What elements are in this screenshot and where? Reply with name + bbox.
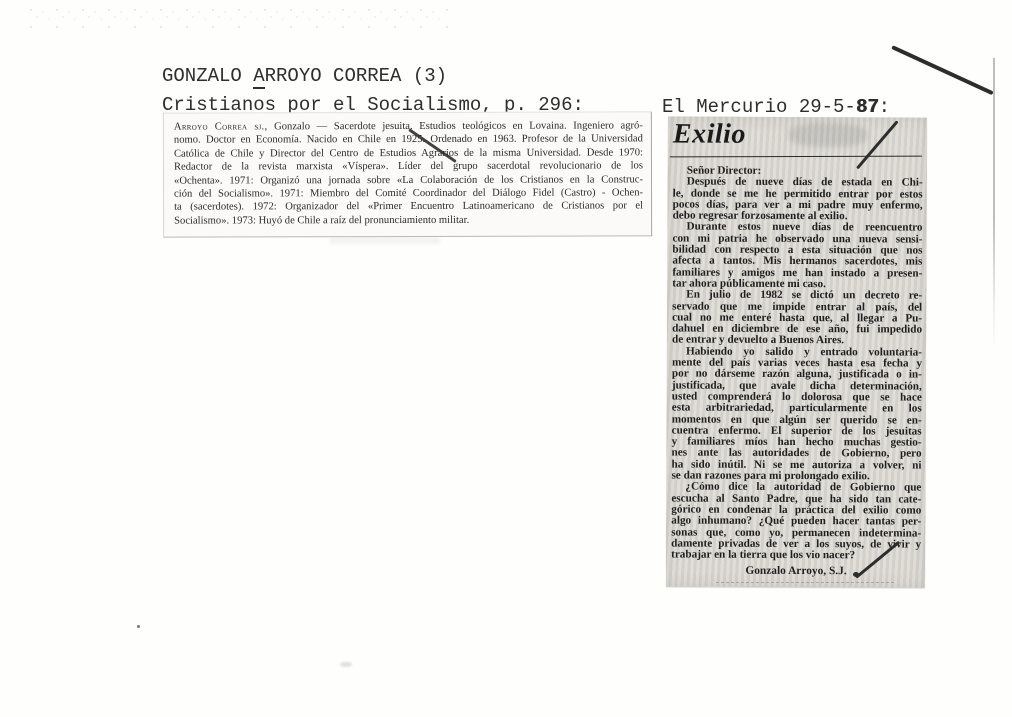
photocopy-speckle-strip bbox=[28, 6, 448, 28]
page-title: GONZALO ARROYO CORREA (3) bbox=[162, 62, 584, 91]
letter-headline: Exilio bbox=[673, 118, 746, 150]
letter-signature: Gonzalo Arroyo, S.J. bbox=[671, 566, 921, 578]
bio-line: nomo. Doctor en Economía. Nacido en Chil… bbox=[174, 133, 643, 148]
letter-paragraph: Habiendo yo salido y entrado voluntaria-… bbox=[671, 346, 922, 483]
headline-rule bbox=[670, 156, 922, 158]
speck-smudge bbox=[340, 662, 352, 667]
bio-line: Socialismo». 1973: Huyó de Chile a raíz … bbox=[174, 213, 643, 228]
page-fold-line bbox=[993, 58, 995, 350]
bio-line: Católica de Chile y Director del Centro … bbox=[174, 146, 643, 161]
smudge-under-bio-clipping bbox=[330, 237, 440, 244]
overstruck-digits: 87 bbox=[856, 96, 879, 118]
bio-line: Arroyo Correa sj., Gonzalo — Sacerdote j… bbox=[174, 119, 643, 134]
faint-dashed-line bbox=[716, 582, 894, 583]
bio-line: Redactor de la revista marxista «Víspera… bbox=[174, 160, 643, 175]
mercurio-source-line: El Mercurio 29-5-87: bbox=[662, 96, 890, 118]
letter-paragraph: En julio de 1982 se dictó un decreto re-… bbox=[672, 290, 922, 348]
bio-line: «Ochenta». 1971: Organizó una jornada so… bbox=[174, 173, 643, 188]
speck-dot bbox=[137, 625, 140, 628]
bio-entry-name: Arroyo Correa sj., bbox=[174, 121, 268, 132]
underlined-letter: A bbox=[253, 65, 264, 89]
bio-line: ta (sacerdotes). 1972: Organizador del «… bbox=[174, 200, 643, 215]
bio-line: ción del Socialismo». 1971: Miembro del … bbox=[174, 186, 643, 201]
pen-ink-blob bbox=[853, 572, 859, 577]
ghost-smudge bbox=[788, 123, 868, 147]
mercurio-letter-clipping: Exilio Señor Director:Después de nueve d… bbox=[666, 116, 927, 587]
letter-paragraph: Durante estos nueve días de reencuentroc… bbox=[672, 222, 922, 291]
letter-paragraph: ¿Cómo dice la autoridad de Gobierno quee… bbox=[671, 482, 921, 562]
letter-paragraph: Después de nueve días de estada en Chi-l… bbox=[673, 177, 923, 223]
bio-text: nomo. Doctor en Economía. Nacido en Chil… bbox=[174, 133, 643, 228]
scanned-document-page: GONZALO ARROYO CORREA (3) Cristianos por… bbox=[0, 0, 1012, 717]
pen-diagonal-top-right-icon bbox=[891, 45, 994, 95]
letter-body: Señor Director:Después de nueve días de … bbox=[671, 165, 923, 578]
